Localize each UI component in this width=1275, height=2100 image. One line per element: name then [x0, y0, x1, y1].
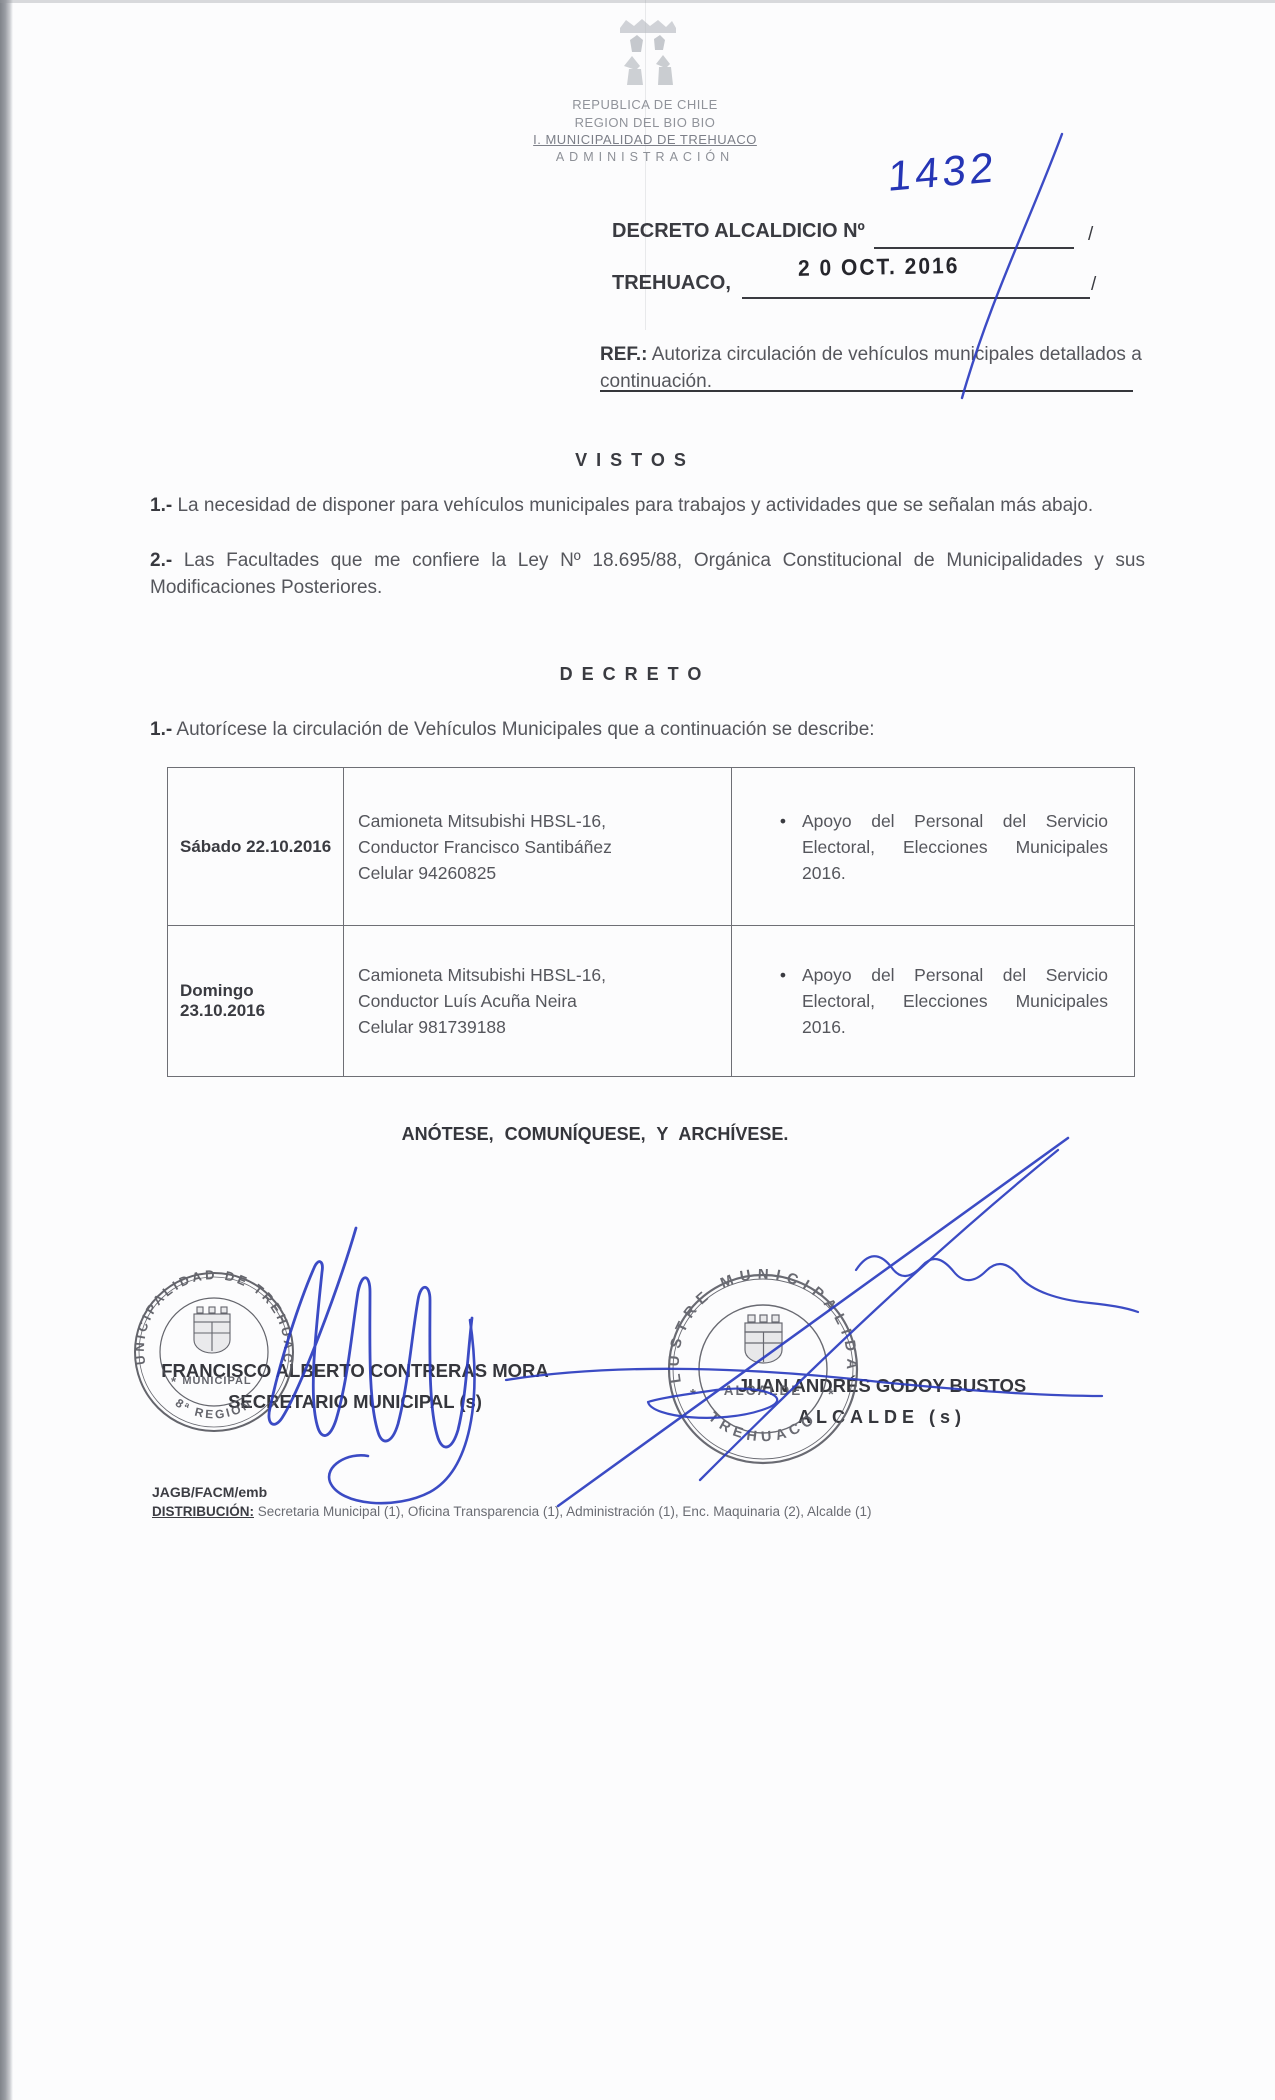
table-row-1-date: Sábado 22.10.2016	[168, 768, 344, 926]
vehicles-table: Sábado 22.10.2016 Camioneta Mitsubishi H…	[167, 767, 1135, 1077]
bullet-icon: •	[768, 808, 798, 834]
letterhead-region: REGION DEL BIO BIO	[495, 114, 795, 132]
svg-text:8ª REGION: 8ª REGION	[173, 1396, 255, 1422]
mayor-stamp: ILUSTRE MUNICIPALIDAD TREHUACO * ALCALDE…	[663, 1269, 863, 1469]
stamp-bottom-text: 8ª REGION	[173, 1396, 255, 1422]
vistos-item-1: 1.- La necesidad de disponer para vehícu…	[150, 492, 1145, 519]
decreto-intro: 1.- Autorícese la circulación de Vehícul…	[150, 716, 1145, 743]
distribution-text: Secretaria Municipal (1), Oficina Transp…	[258, 1504, 872, 1519]
footer-initials: JAGB/FACM/emb	[152, 1484, 267, 1500]
table-row-1-vehicle: Camioneta Mitsubishi HBSL-16, Conductor …	[344, 768, 732, 926]
reference-label: REF.:	[600, 344, 648, 365]
decree-number-slash: /	[1088, 224, 1093, 246]
distribution-label: DISTRIBUCIÓN:	[152, 1504, 254, 1519]
decreto-heading: DECRETO	[170, 664, 1100, 685]
scan-left-edge-shadow	[0, 0, 13, 2100]
mayor-signature-wave	[856, 1256, 1138, 1312]
letterhead-country: REPUBLICA DE CHILE	[495, 96, 795, 114]
vehicle-line: Celular 981739188	[358, 1014, 606, 1040]
purpose-text: Apoyo del Personal del Servicio Electora…	[802, 962, 1108, 1040]
decreto-intro-number: 1.-	[150, 719, 172, 740]
secretary-signature	[269, 1228, 472, 1447]
reference-paragraph: REF.: Autoriza circulación de vehículos …	[600, 341, 1145, 395]
svg-text:TREHUACO: TREHUACO	[705, 1409, 821, 1445]
footer-distribution: DISTRIBUCIÓN: Secretaria Municipal (1), …	[152, 1504, 1032, 1519]
date-stamp: 2 0 OCT. 2016	[798, 254, 960, 283]
table-row-1-purpose: • Apoyo del Personal del Servicio Electo…	[732, 768, 1134, 926]
decree-number-line	[874, 247, 1074, 249]
letterhead-municipality: I. MUNICIPALIDAD DE TREHUACO	[495, 131, 795, 149]
vehicle-line: Conductor Francisco Santibáñez	[358, 834, 612, 860]
city-date-label: TREHUACO,	[612, 272, 731, 295]
scan-top-shadow	[0, 0, 1275, 3]
vehicle-line: Camioneta Mitsubishi HBSL-16,	[358, 808, 612, 834]
table-row-2-vehicle: Camioneta Mitsubishi HBSL-16, Conductor …	[344, 926, 732, 1076]
stamp-star: *	[171, 1374, 177, 1389]
table-row-2-date: Domingo 23.10.2016	[168, 926, 344, 1076]
scanned-document-page: REPUBLICA DE CHILE REGION DEL BIO BIO I.…	[0, 0, 1275, 2100]
stamp-center-text: MUNICIPAL	[182, 1375, 251, 1387]
vistos-item-2-number: 2.-	[150, 550, 172, 571]
stamp-bottom-text: TREHUACO	[705, 1409, 821, 1445]
stamp-shield-icon	[745, 1315, 782, 1363]
stamp-star: *	[690, 1386, 696, 1403]
date-line	[742, 297, 1090, 299]
closing-formula: ANÓTESE, COMUNÍQUESE, Y ARCHÍVESE.	[170, 1124, 1020, 1145]
letterhead-department: ADMINISTRACIÓN	[495, 149, 795, 167]
vistos-heading: VISTOS	[170, 450, 1100, 471]
vistos-item-2: 2.- Las Facultades que me confiere la Le…	[150, 547, 1145, 601]
decree-number-label: DECRETO ALCALDICIO Nº	[612, 220, 865, 243]
vehicle-line: Conductor Luís Acuña Neira	[358, 988, 606, 1014]
vehicle-line: Camioneta Mitsubishi HBSL-16,	[358, 962, 606, 988]
stamp-center-text: ALCALDE	[724, 1383, 803, 1398]
vistos-item-2-text: Las Facultades que me confiere la Ley Nº…	[150, 550, 1145, 598]
date-line-slash: /	[1091, 274, 1096, 296]
purpose-text: Apoyo del Personal del Servicio Electora…	[802, 808, 1108, 886]
reference-underline	[600, 390, 1133, 392]
vehicle-line: Celular 94260825	[358, 860, 612, 886]
bullet-icon: •	[768, 962, 798, 988]
stamp-shield-icon	[194, 1307, 230, 1353]
handwritten-decree-number: 1432	[887, 143, 999, 201]
reference-text: Autoriza circulación de vehículos munici…	[600, 344, 1142, 392]
letterhead: REPUBLICA DE CHILE REGION DEL BIO BIO I.…	[495, 96, 795, 166]
decreto-intro-text: Autorícese la circulación de Vehículos M…	[176, 719, 874, 740]
stamp-star: *	[828, 1386, 834, 1403]
vistos-item-1-text: La necesidad de disponer para vehículos …	[177, 495, 1093, 516]
table-row-2-purpose: • Apoyo del Personal del Servicio Electo…	[732, 926, 1134, 1076]
municipal-secretary-stamp: MUNICIPALIDAD DE TREHUACO 8ª REGION * MU…	[131, 1269, 297, 1435]
coat-of-arms-icon	[612, 16, 684, 102]
vistos-item-1-number: 1.-	[150, 495, 172, 516]
